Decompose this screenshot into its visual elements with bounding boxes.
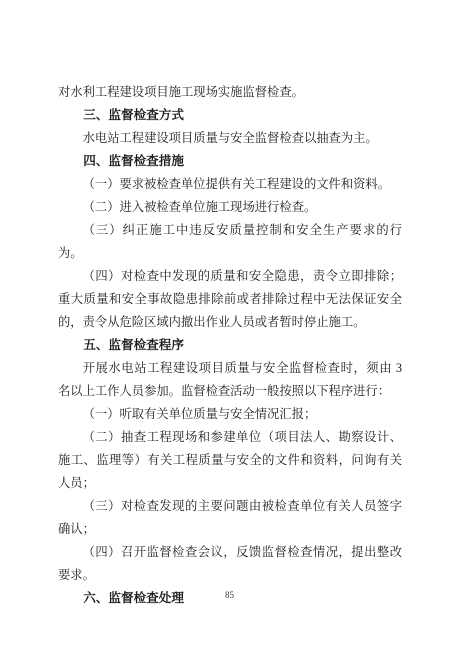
paragraph: （四）召开监督检查会议，反馈监督检查情况，提出整改要求。	[58, 541, 402, 587]
paragraph: （二）进入被检查单位施工现场进行检查。	[58, 196, 402, 219]
paragraph: （一）听取有关单位质量与安全情况汇报；	[58, 403, 402, 426]
paragraph: 开展水电站工程建设项目质量与安全监督检查时，须由 3 名以上工作人员参加。监督检…	[58, 357, 402, 403]
document-page: 对水利工程建设项目施工现场实施监督检查。三、监督检查方式水电站工程建设项目质量与…	[0, 0, 459, 650]
page-number: 85	[0, 590, 459, 600]
paragraph: （一）要求被检查单位提供有关工程建设的文件和资料。	[58, 173, 402, 196]
paragraph: （三）纠正施工中违反安质量控制和安全生产要求的行为。	[58, 219, 402, 265]
section-heading: 五、监督检查程序	[58, 334, 402, 357]
paragraph: （四）对检查中发现的质量和安全隐患，责令立即排除；重大质量和安全事故隐患排除前或…	[58, 265, 402, 334]
document-body: 对水利工程建设项目施工现场实施监督检查。三、监督检查方式水电站工程建设项目质量与…	[58, 81, 402, 610]
section-heading: 三、监督检查方式	[58, 104, 402, 127]
paragraph: 水电站工程建设项目质量与安全监督检查以抽查为主。	[58, 127, 402, 150]
section-heading: 四、监督检查措施	[58, 150, 402, 173]
paragraph: （二）抽查工程现场和参建单位（项目法人、勘察设计、施工、监理等）有关工程质量与安…	[58, 426, 402, 495]
paragraph: 对水利工程建设项目施工现场实施监督检查。	[58, 81, 402, 104]
paragraph: （三）对检查发现的主要问题由被检查单位有关人员签字确认；	[58, 495, 402, 541]
